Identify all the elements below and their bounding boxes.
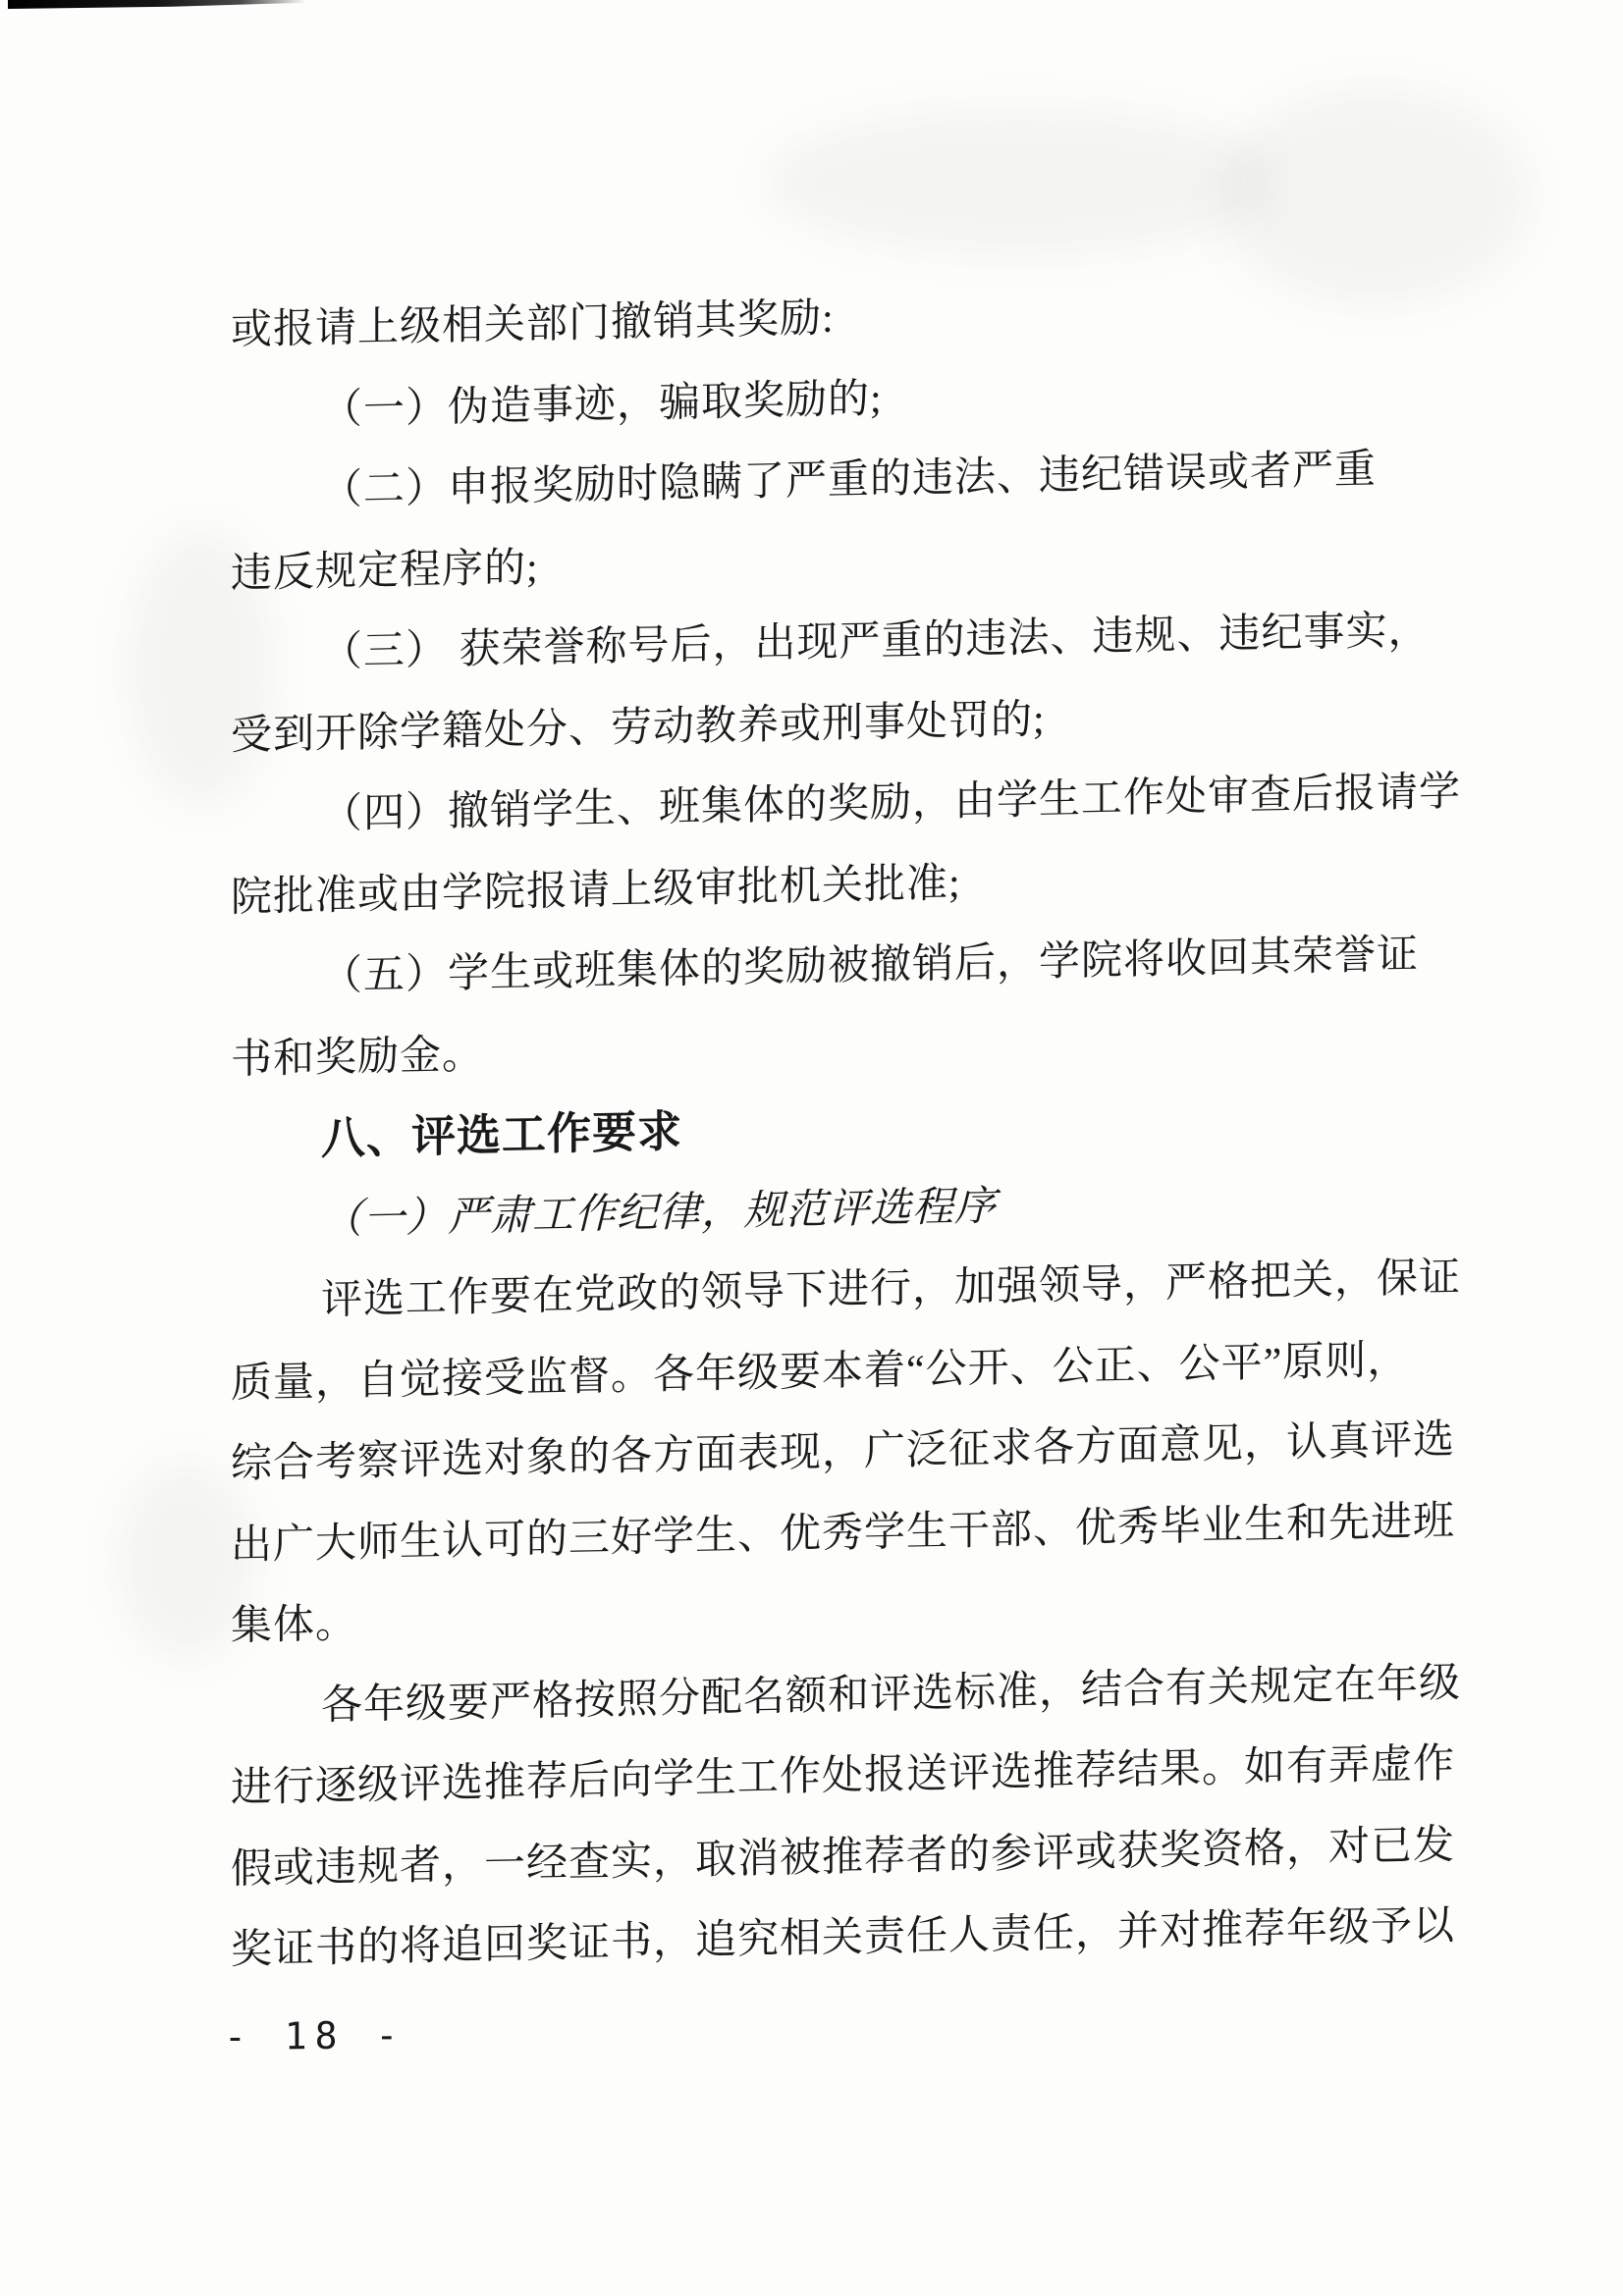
page-number: - 18 - (224, 2013, 406, 2058)
scanned-document-page: 或报请上级相关部门撤销其奖励: （一）伪造事迹，骗取奖励的; （二）申报奖励时隐… (0, 0, 1623, 2296)
scan-smudge (766, 108, 1276, 255)
document-text-block: 或报请上级相关部门撤销其奖励: （一）伪造事迹，骗取奖励的; （二）申报奖励时隐… (231, 266, 1468, 1992)
scan-artifact-top-left (8, 0, 306, 9)
